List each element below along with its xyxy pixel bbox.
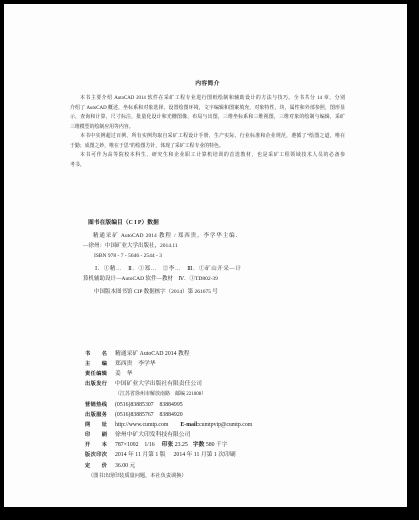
colophon-row-address: （江苏省徐州市解放南路 邮编 221008）: [85, 390, 315, 400]
colophon-row-book-title: 书 名精通采矿 AutoCAD 2014 教程: [85, 349, 315, 359]
intro-paragraph-1-line-1: 本书主要介绍 AutoCAD 2014 软件在采矿工程专业进行图纸绘制和辅助设计…: [70, 94, 345, 104]
website-url: http://www.cumtp.com: [115, 422, 168, 428]
colophon: 书 名精通采矿 AutoCAD 2014 教程 主 编郑西贵 李学华 责任编辑姜…: [85, 349, 315, 481]
intro-paragraph-1-line-2: 介绍了 AutoCAD 概述，坐标系和对象选择，设置绘图环境，文字编辑和图案填充…: [70, 104, 345, 114]
intro-heading: 内容简介: [70, 80, 345, 88]
scan-viewport: 内容简介 本书主要介绍 AutoCAD 2014 软件在采矿工程专业进行图纸绘制…: [0, 0, 419, 520]
intro-paragraph-2-line-1: 本书中实例超过百例，所有实例均取自采矿工程设计手册，生产实际，行业标准和企业规范…: [70, 132, 345, 142]
colophon-row-edition: 版次印次2014 年 11 月第 1 版2014 年 11 月第 1 次印刷: [85, 450, 315, 460]
cip-line-classification-2: 算机辅助设计—AutoCAD 软件—教材 Ⅳ．①TD802-39: [83, 274, 241, 284]
email-label: E-mail:: [180, 422, 199, 428]
format-size: 787×1092 1/16: [115, 442, 155, 448]
words-label: 字数: [193, 442, 205, 448]
edition-value: 2014 年 11 月第 1 版2014 年 11 月第 1 次印刷: [115, 450, 236, 460]
cip-line-title-author: 精通采矿 AutoCAD 2014 教程 / 郑西贵，李学华主编．: [83, 231, 241, 241]
publisher-value: 中国矿业大学出版社有限责任公司: [115, 379, 202, 389]
colophon-label: 主 编: [85, 359, 107, 369]
colophon-label: 网 址: [85, 420, 107, 430]
colophon-label: 印 刷: [85, 430, 107, 440]
colophon-label-empty: [85, 390, 107, 400]
cip-line-record-number: 中国版本图书馆 CIP 数据核字（2014）第 261675 号: [83, 287, 241, 297]
editors-value: 郑西贵 李学华: [115, 359, 156, 369]
colophon-row-format: 开 本787×1092 1/16印张 23.25字数 580 千字: [85, 440, 315, 450]
intro-paragraph-3-line-2: 考书。: [70, 161, 345, 171]
colophon-row-editors: 主 编郑西贵 李学华: [85, 359, 315, 369]
colophon-label: 定 价: [85, 461, 107, 471]
intro-paragraph-3-line-1: 本书可作为高等院校本科生，研究生和企业职工计算机培训的首选教材，也是采矿工程领域…: [70, 151, 345, 161]
words-value: 580 千字: [206, 442, 228, 448]
sales-hotline-value: (0516)83885307 83884995: [115, 400, 183, 410]
responsible-editor-value: 姜 华: [115, 369, 132, 379]
colophon-label: 版次印次: [85, 450, 107, 460]
email-address: cumtpvip@cumtp.com: [199, 422, 252, 428]
book-title-value: 精通采矿 AutoCAD 2014 教程: [115, 349, 190, 359]
printer-value: 徐州中矿大印发科技有限公司: [115, 430, 190, 440]
colophon-label: 出版服务: [85, 410, 107, 420]
price-value: 36.00 元: [115, 461, 135, 471]
colophon-label: 责任编辑: [85, 369, 107, 379]
cip-line-classification-1: Ⅰ．①精… Ⅱ．①郑… ②李… Ⅲ．①矿山开采—计: [83, 264, 241, 274]
intro-paragraph-1-line-3: 示，查询和计算，尺寸标注，批量化设计和光栅图像，布局与出图，三维坐标系和三维视图…: [70, 113, 345, 123]
intro-paragraph-2-line-2: 于勤；成图之妙，唯在于思”的绘图方针，体现了采矿工程专业的特色。: [70, 142, 345, 152]
colophon-row-price: 定 价36.00 元: [85, 461, 315, 471]
cip-block: 精通采矿 AutoCAD 2014 教程 / 郑西贵，李学华主编． —徐州：中国…: [83, 231, 241, 301]
colophon-row-sales-hotline: 营销热线(0516)83885307 83884995: [85, 400, 315, 410]
colophon-label: 书 名: [85, 349, 107, 359]
colophon-row-printer: 印 刷徐州中矿大印发科技有限公司: [85, 430, 315, 440]
colophon-row-publishing-service: 出版服务(0516)83885767 83884920: [85, 410, 315, 420]
colophon-label: 出版发行: [85, 379, 107, 389]
printing-date: 2014 年 11 月第 1 次印刷: [174, 452, 236, 458]
cip-line-isbn: ISBN 978 - 7 - 5646 - 2544 - 3: [83, 251, 241, 261]
sheets-value: 23.25: [175, 442, 188, 448]
cip-line-publisher: —徐州：中国矿业大学出版社，2014.11: [83, 241, 241, 251]
edition-date: 2014 年 11 月第 1 版: [115, 452, 166, 458]
intro-paragraph-1-line-4: 三维模型的绘制应用等内容。: [70, 123, 345, 133]
sheets-label: 印张: [162, 442, 174, 448]
publishing-service-value: (0516)83885767 83884920: [115, 410, 183, 420]
cip-heading: 图书在版编目（C I P）数据: [88, 219, 159, 227]
colophon-label: 开 本: [85, 440, 107, 450]
quality-notice: （图书出现印装质量问题，本社负责调换）: [85, 471, 315, 481]
colophon-row-responsible-editor: 责任编辑姜 华: [85, 369, 315, 379]
intro-section: 本书主要介绍 AutoCAD 2014 软件在采矿工程专业进行图纸绘制和辅助设计…: [70, 94, 345, 170]
colophon-row-publisher: 出版发行中国矿业大学出版社有限责任公司: [85, 379, 315, 389]
colophon-label: 营销热线: [85, 400, 107, 410]
publisher-address: （江苏省徐州市解放南路 邮编 221008）: [115, 390, 206, 400]
website-value: http://www.cumtp.comE-mail:cumtpvip@cumt…: [115, 420, 252, 430]
format-value: 787×1092 1/16印张 23.25字数 580 千字: [115, 440, 228, 450]
colophon-row-website: 网 址http://www.cumtp.comE-mail:cumtpvip@c…: [85, 420, 315, 430]
